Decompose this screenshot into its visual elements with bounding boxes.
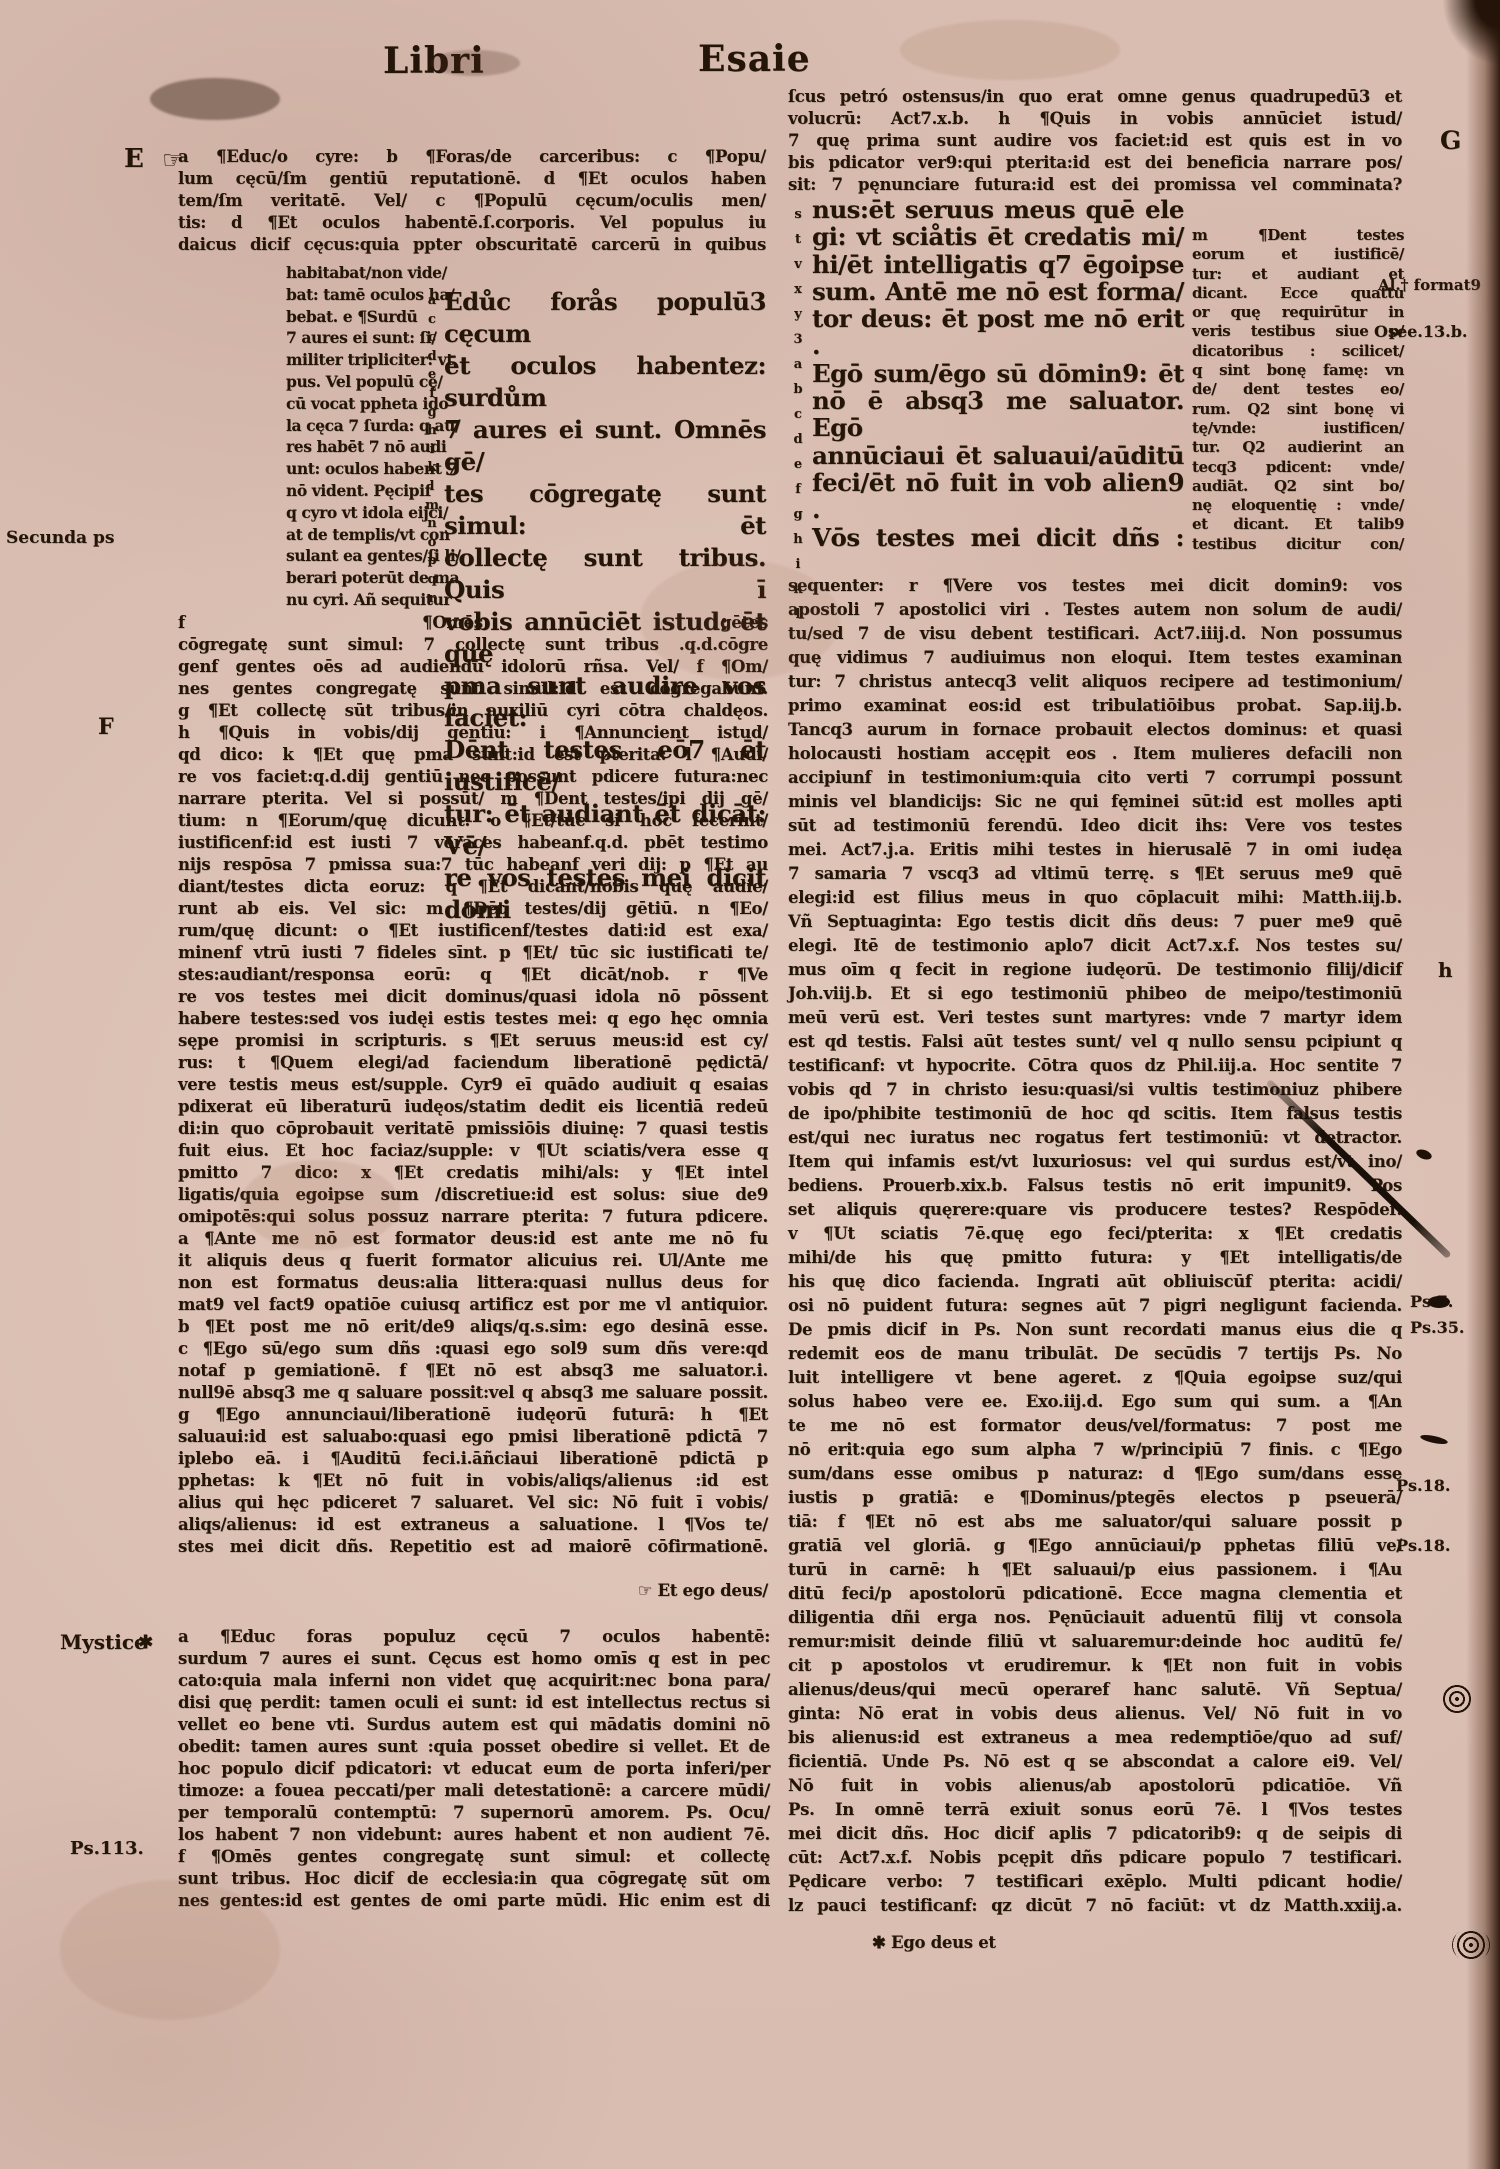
paper-stain [60, 1880, 280, 2020]
text-line: pdixerat eū liberaturū iudęos/statim ded… [178, 1096, 768, 1118]
text-line: veris testibus siue p/ [1192, 322, 1404, 341]
text-line: bis pdicator ver9:qui pterita:id est dei… [788, 152, 1402, 174]
verse-letter: i [424, 441, 440, 460]
text-line: apostoli 7 apostolici viri . Testes aute… [788, 598, 1402, 622]
text-line: sūt ad testimoniū ferendū. Ideo dicit ih… [788, 814, 1402, 838]
text-line: nu cyri. Añ sequitur [286, 589, 428, 611]
paper-stain [640, 560, 840, 680]
catchword: ✱ Ego deus et [872, 1932, 1072, 1954]
text-line: saluaui:id est saluabo:quasi ego pmisi l… [178, 1426, 768, 1448]
text-line: tium: n ¶Eorum/quę dicunt: o ¶Et/tūc si … [178, 810, 768, 832]
verse-letter: x [790, 277, 806, 302]
text-line: 7 samaria 7 vscq3 ad vltimū terrę. s ¶Et… [788, 862, 1402, 886]
verse-letter: g [790, 502, 806, 527]
text-line: stes:audiant/responsa eorū: q ¶Et dicāt/… [178, 964, 768, 986]
text-line: mihi/de his quę pmitto futura: y ¶Et int… [788, 1246, 1402, 1270]
text-line: Ps. In omnē terrā exiuit sonus eorū 7ē. … [788, 1798, 1402, 1822]
verse-line: annūciaui ēt saluaui/aūditū [812, 442, 1184, 469]
text-line: bis alienus:id est extraneus a mea redem… [788, 1726, 1402, 1750]
verse-letter: g [424, 404, 440, 423]
catchword-text: Ego deus et [891, 1933, 996, 1952]
verse-letter: q [424, 571, 440, 590]
text-line: tiā: f ¶Et nō est abs me saluator/qui sa… [788, 1510, 1402, 1534]
text-line: narrare pterita. Vel si possūt/ m ¶Dent … [178, 788, 768, 810]
text-line: turū in carnē: h ¶Et saluaui/p eius pass… [788, 1558, 1402, 1582]
text-line: diligentia dñi erga nos. Pęnūciauit adue… [788, 1606, 1402, 1630]
verse-letter: f [790, 477, 806, 502]
text-line: stes mei dicit dñs. Repetitio est ad mai… [178, 1536, 768, 1558]
text-line: vere testis meus est/supple. Cyr9 eī quā… [178, 1074, 768, 1096]
text-line: ficientiā. Unde Ps. Nō est q se absconda… [788, 1750, 1402, 1774]
text-line: est qd testis. Falsi aūt testes sunt/ ve… [788, 1030, 1402, 1054]
verse-letter: f [424, 385, 440, 404]
margin-note-secunda-pars: Secunda ps [6, 528, 114, 548]
manicule-icon: ☞ [638, 1581, 653, 1600]
right-verse-letter-gutter: stvxy3abcdefghikl [790, 202, 806, 627]
text-line: b ¶Et post me nō erit/de9 aliqs/q.s.sim:… [178, 1316, 768, 1338]
section-letter-right: G [1440, 126, 1461, 155]
text-line: it aliquis deus q fuerit formator alicui… [178, 1250, 768, 1272]
text-line: diant/testes dicta eoruz: q ¶Et dicant/n… [178, 876, 768, 898]
text-line: nō vident. Pęcipif [286, 480, 428, 502]
verse-letter: t [790, 227, 806, 252]
text-line: alienus/deus/qui mecū operaref hanc salu… [788, 1678, 1402, 1702]
margin-ref-ps18-b: Ps.18. [1396, 1536, 1450, 1555]
text-line: Vñ Septuaginta: Ego testis dicit dñs deu… [788, 910, 1402, 934]
text-line: holocausti hostiam accępit eos . Item mu… [788, 742, 1402, 766]
verse-letter: c [424, 311, 440, 330]
text-line: De pmis dicif in Ps. Non sunt recordati … [788, 1318, 1402, 1342]
text-line: elegi. Itē de testimonio aplo7 dicit Act… [788, 934, 1402, 958]
verse-letter: r [424, 590, 440, 609]
text-line: c ¶Ego sū/ego sum dñs :quasi ego sol9 su… [178, 1338, 768, 1360]
verse-letter: h [424, 422, 440, 441]
text-line: est/qui nec iuratus nec rogatus fert tes… [788, 1126, 1402, 1150]
verse-letter: m [424, 497, 440, 516]
text-line: rum. Q2 sint bonę vi [1192, 400, 1404, 419]
section-letter-left: E [124, 144, 144, 174]
ink-smudge [430, 50, 520, 76]
text-line: ſcus petró ostensus/in quo erat omne gen… [788, 86, 1402, 108]
ink-smudge [150, 78, 280, 120]
text-line: testificanf: vt hypocrite. Cōtra quos dz… [788, 1054, 1402, 1078]
text-line: v ¶Ut sciatis 7ē.quę ego feci/pterita: x… [788, 1222, 1402, 1246]
text-line: di:in quo cōprobauit veritatē pmissiōis … [178, 1118, 768, 1140]
verse-letter: d [424, 348, 440, 367]
text-line: tis: d ¶Et oculos habentē.ſ.corporis. Ve… [178, 212, 766, 234]
text-line: meū verū est. Veri testes sunt martyres:… [788, 1006, 1402, 1030]
text-line: osi nō puident futura: segnes aūt 7 pigr… [788, 1294, 1402, 1318]
text-line: tecq3 pdicent: vnde/ [1192, 458, 1404, 477]
text-line: tu/sed 7 de visu debent testificari. Act… [788, 622, 1402, 646]
text-line: obedit: tamen aures sunt :quia posset ob… [178, 1736, 770, 1758]
text-line: dicatoribus : scilicet/ [1192, 342, 1404, 361]
section-letter-h: h [1438, 958, 1453, 982]
text-line: mat9 vel fact9 opatiōe cuiusq artificz e… [178, 1294, 768, 1316]
text-line: tur: 7 christus antecq3 velit aliquos re… [788, 670, 1402, 694]
verse-letter: v [790, 252, 806, 277]
verse-letter: c [424, 329, 440, 348]
text-line: vellet eo bene vti. Surdus autem est qui… [178, 1714, 770, 1736]
left-column-gloss: habitabat/non vide/bat: tamē oculos ha/b… [286, 262, 428, 611]
verse-letter: s [790, 202, 806, 227]
text-line: sequenter: r ¶Vere vos testes mei dicit … [788, 574, 1402, 598]
text-line: mei dicit dñs. Hoc dicif aplis 7 pdicato… [788, 1822, 1402, 1846]
text-line: tur. Q2 audierint an [1192, 438, 1404, 457]
text-line: gratiā vel gloriā. g ¶Ego annūciaui/p pp… [788, 1534, 1402, 1558]
text-line: volucrū: Act7.x.b. h ¶Quis in vobis annū… [788, 108, 1402, 130]
verse-letter: o [424, 534, 440, 553]
text-line: redemit eos de manu tribulāt. De secūdis… [788, 1342, 1402, 1366]
text-line: tem/ſm veritatē. Vel/ c ¶Populū cęcum/oc… [178, 190, 766, 212]
text-line: habitabat/non vide/ [286, 262, 428, 284]
text-line: alius qui hęc pdiceret 7 saluaret. Vel s… [178, 1492, 768, 1514]
text-line: at de templis/vt con [286, 524, 428, 546]
text-line: q sint bonę famę: vn [1192, 361, 1404, 380]
text-line: Nō fuit in vobis alienus/ab apostolorū p… [788, 1774, 1402, 1798]
text-line: solus habeo vere ee. Exo.iij.d. Ego sum … [788, 1390, 1402, 1414]
catchline-text: Et ego deus/ [658, 1581, 768, 1600]
text-line: et dicant. Et talib9 [1192, 515, 1404, 534]
text-line: iplebo eā. i ¶Auditū feci.i.āñciaui libe… [178, 1448, 768, 1470]
text-line: ginta: Nō erat in vobis deus alienus. Ve… [788, 1702, 1402, 1726]
text-line: g ¶Et collectę sūt tribus/in auxiliū cyr… [178, 700, 768, 722]
verse-letter: c [790, 402, 806, 427]
text-line: runt ab eis. Vel sic: m ¶Dēt testes/dij … [178, 898, 768, 920]
text-line: q cyro vt idola eijci/ [286, 502, 428, 524]
text-line: eorum et iustificē/ [1192, 245, 1404, 264]
verse-letter: e [790, 452, 806, 477]
flower-mark-icon: ✱ [872, 1933, 886, 1952]
text-line: iustis p gratiā: e ¶Dominus/ptegēs elect… [788, 1486, 1402, 1510]
text-line: tę/vnde: iustificen/ [1192, 419, 1404, 438]
text-line: berari poterūt de ma [286, 567, 428, 589]
flower-mark-icon: ✱ [138, 1632, 153, 1653]
text-line: elegi:id est filius meus in quo cōplacui… [788, 886, 1402, 910]
text-line: nę eloquentię : vnde/ [1192, 496, 1404, 515]
text-line: remur:misit deinde filiū vt saluaremur:d… [788, 1630, 1402, 1654]
verse-letter: l [424, 478, 440, 497]
text-line: lum cęcū/ſm gentiū reputationē. d ¶Et oc… [178, 168, 766, 190]
text-line: aliqs/alienus: id est extraneus a saluat… [178, 1514, 768, 1536]
right-column-notes: m ¶Dent testeseorum et iustificē/tur: et… [1192, 226, 1404, 554]
right-verse-block: nus:ēt seruus meus quē elegi: vt sciåtis… [812, 196, 1184, 551]
text-line: timoze: a fouea peccati/per mali detesta… [178, 1780, 770, 1802]
text-line: a ¶Educ foras populuz cęcū 7 oculos habe… [178, 1626, 770, 1648]
right-column-commentary: sequenter: r ¶Vere vos testes mei dicit … [788, 574, 1402, 1918]
text-line: luit intelligere vt bene ageret. z ¶Quia… [788, 1366, 1402, 1390]
verse-letter: a [424, 292, 440, 311]
text-line: rum/quę dicunt: o ¶Et iustificenf/testes… [178, 920, 768, 942]
text-line: de/ dent testes eo/ [1192, 380, 1404, 399]
verse-line: ēt oculos habentez: surdům [444, 350, 766, 414]
text-line: or quę requirūtur in [1192, 303, 1404, 322]
ink-blot [1415, 1148, 1433, 1162]
ink-spiral [1452, 1928, 1490, 1962]
verse-letter: p [424, 552, 440, 571]
text-line: hoc populo dicif pdicatori: vt educat eu… [178, 1758, 770, 1780]
text-line: bebat. e ¶Surdū [286, 306, 428, 328]
left-column-catchline: ☞ Et ego deus/ [178, 1580, 768, 1602]
verse-line: Edůc forås populū3 cęcum [444, 286, 766, 350]
verse-line: Vōs testes mei dicit dñs : [812, 524, 1184, 551]
text-line: sępe promisi in scripturis. s ¶Et seruus… [178, 1030, 768, 1052]
verse-line: nus:ēt seruus meus quē ele [812, 196, 1184, 223]
verse-line: hi/ēt intelligatis q7 ēgoipse [812, 251, 1184, 278]
verse-letter: b [790, 377, 806, 402]
text-line: bediens. Prouerb.xix.b. Falsus testis nō… [788, 1174, 1402, 1198]
text-line: sum/dans esse omibus p naturaz: d ¶Ego s… [788, 1462, 1402, 1486]
text-line: re vos faciet:q.d.dij gentiū nec possunt… [178, 766, 768, 788]
left-verse-letter-gutter: accdefghiklmnopqr [424, 292, 440, 608]
text-line: vobis qd 7 in christo iesu:quasi/si vult… [788, 1078, 1402, 1102]
text-line: sulant ea gentes/ſi li/ [286, 545, 428, 567]
text-line: per temporalū contemptū: 7 supernorū amo… [178, 1802, 770, 1824]
text-line: Item qui infamis est/vt luxuriosus: vel … [788, 1150, 1402, 1174]
ink-spiral [1440, 1684, 1474, 1714]
text-line: notaf p gemiationē. f ¶Et nō est absq3 m… [178, 1360, 768, 1382]
text-line: minis vel blandicijs: Sic ne qui fęminei… [788, 790, 1402, 814]
text-line: cū vocat ppheta ido [286, 393, 428, 415]
text-line: set aliquis quęrere:quare vis producere … [788, 1198, 1402, 1222]
text-line: los habent 7 non videbunt: aures habent … [178, 1824, 770, 1846]
text-line: pphetas: k ¶Et nō fuit in vobis/aliqs/al… [178, 1470, 768, 1492]
left-column-intro: a ¶Educ/o cyre: b ¶Foras/de carceribus: … [178, 146, 766, 256]
verse-line: gi: vt sciåtis ēt credatis mi/ [812, 223, 1184, 250]
right-column-intro: ſcus petró ostensus/in quo erat omne gen… [788, 86, 1402, 196]
text-line: minenf vtrū iusti 7 fideles sīnt. p ¶Et/… [178, 942, 768, 964]
margin-ref-ps18-a: Ps.18. [1396, 1476, 1450, 1495]
text-line: ditū feci/p apostolorū pdicationē. Ecce … [788, 1582, 1402, 1606]
margin-ref-ps113: Ps.113. [70, 1838, 144, 1859]
text-line: accipiunf in testimonium:quia cito verti… [788, 766, 1402, 790]
verse-line: nō ē absq3 me saluator. Egō [812, 387, 1184, 442]
text-line: primo examinat eos:id est tribulatiōibus… [788, 694, 1402, 718]
text-line: habere testes:sed vos iudęi estis testes… [178, 1008, 768, 1030]
book-page-scan: { "page": { "header_left": "Libri", "hea… [0, 0, 1500, 2169]
text-line: nijs respōsa 7 pmissa sua:7 tūc habeanf … [178, 854, 768, 876]
text-line: mei. Act7.j.a. Eritis mihi testes in hie… [788, 838, 1402, 862]
verse-letter: n [424, 515, 440, 534]
page-edge-shadow [1466, 0, 1500, 2169]
text-line: Tancq3 aurum in fornace probauit electos… [788, 718, 1402, 742]
text-line: Pędicare verbo: 7 testificari exēplo. Mu… [788, 1870, 1402, 1894]
text-line: non est formatus deus:alia littera:quasi… [178, 1272, 768, 1294]
text-line: g ¶Ego annunciaui/liberationē iudęorū fu… [178, 1404, 768, 1426]
left-column-mystice-section: a ¶Educ foras populuz cęcū 7 oculos habe… [178, 1626, 770, 1912]
text-line: rus: t ¶Quem elegi/ad faciendum liberati… [178, 1052, 768, 1074]
text-line: dicant. Ecce quattu [1192, 284, 1404, 303]
text-line: re vos testes mei dicit dominus/quasi id… [178, 986, 768, 1008]
verse-line: sum. Antē me nō est forma/ [812, 278, 1184, 305]
text-line: m ¶Dent testes [1192, 226, 1404, 245]
text-line: Joh.viij.b. Et si ego testimoniū phibeo … [788, 982, 1402, 1006]
section-letter-f: F [98, 714, 114, 740]
ink-blot [1420, 1433, 1449, 1446]
text-line: bat: tamē oculos ha/ [286, 284, 428, 306]
verse-letter: e [424, 366, 440, 385]
verse-line: feci/ēt nō fuit in vob alien9 . [812, 469, 1184, 524]
verse-letter: 3 [790, 327, 806, 352]
text-line: fuit eius. Et hoc faciaz/supple: v ¶Ut s… [178, 1140, 768, 1162]
text-line: tur: et audiant et [1192, 265, 1404, 284]
text-line: iustificenf:id est iusti 7 veraces habea… [178, 832, 768, 854]
verse-letter: h [790, 527, 806, 552]
text-line: lz pauci testificanf: qz dicūt 7 nō faci… [788, 1894, 1402, 1918]
text-line: militer tripliciter: vt [286, 349, 428, 371]
text-line: cato:quia mala inferni non videt quę acq… [178, 1670, 770, 1692]
text-line: audiāt. Q2 sint bo/ [1192, 477, 1404, 496]
text-line: 7 aures ei sunt: ſi/ [286, 327, 428, 349]
text-line: quę vidimus 7 audiuimus non eloqui. Item… [788, 646, 1402, 670]
text-line: mus oīm q fecit in regione iudęorū. De t… [788, 958, 1402, 982]
text-line: la cęca 7 ſurda: q au/ [286, 415, 428, 437]
paper-stain [240, 1160, 400, 1250]
text-line: null9ē absq3 me q saluare possit:vel q a… [178, 1382, 768, 1404]
dark-corner [1430, 0, 1500, 80]
verse-letter: k [424, 459, 440, 478]
margin-note-mystice: Mystice [60, 1630, 147, 1654]
text-line: a ¶Educ/o cyre: b ¶Foras/de carceribus: … [178, 146, 766, 168]
text-line: f ¶Omēs gentes congregatę sunt simul: et… [178, 1846, 770, 1868]
text-line: h ¶Quis in vobis/dij gentiū: i ¶Annuncie… [178, 722, 768, 744]
text-line: his quę dico facienda. Ingrati aūt obliu… [788, 1270, 1402, 1294]
text-line: disi quę perdit: tamen oculi ei sunt: id… [178, 1692, 770, 1714]
verse-line: 7 aures ei sunt. Omnēs gē/ [444, 414, 766, 478]
ink-blot [1428, 1296, 1450, 1308]
verse-letter: a [790, 352, 806, 377]
text-line: 7 quę prima sunt audire vos faciet:id es… [788, 130, 1402, 152]
verse-line: Egō sum/ēgo sū dōmin9: ēt [812, 360, 1184, 387]
text-line: testibus dicitur con/ [1192, 535, 1404, 554]
text-line: te me nō est formator deus/vel/formatus:… [788, 1414, 1402, 1438]
text-line: surdum 7 aures ei sunt. Cęcus est homo o… [178, 1648, 770, 1670]
text-line: sunt tribus. Hoc dicif de ecclesia:in qu… [178, 1868, 770, 1890]
text-line: nes gentes congregatę sunt simul:id est … [178, 678, 768, 700]
text-line: cūt: Act7.x.f. Nobis pcępit dñs pdicare … [788, 1846, 1402, 1870]
text-line: nes gentes:id est gentes de omi parte mū… [178, 1890, 770, 1912]
text-line: daicus dicif cęcus:quia ppter obscuritat… [178, 234, 766, 256]
verse-line: tor deus: ēt post me nō erit . [812, 305, 1184, 360]
verse-letter: y [790, 302, 806, 327]
verse-line: tes cōgregatę sunt simul: ēt [444, 478, 766, 542]
text-line: cit p apostolos vt erudiremur. k ¶Et non… [788, 1654, 1402, 1678]
text-line: pus. Vel populū cę/ [286, 371, 428, 393]
paper-stain [900, 20, 1120, 80]
margin-ref-ps35: Ps.35. [1410, 1318, 1464, 1337]
text-line: nō erit:quia ego sum alpha 7 w/principiū… [788, 1438, 1402, 1462]
text-line: unt: oculos habent 7 [286, 458, 428, 480]
left-column-commentary: f ¶Omēs gētescōgregatę sunt simul: 7 col… [178, 612, 768, 1558]
text-line: res habēt 7 nō audi [286, 436, 428, 458]
text-line: sit: 7 pęnunciare futura:id est dei prom… [788, 174, 1402, 196]
text-line: qd dico: k ¶Et quę pma sunt:id est pteri… [178, 744, 768, 766]
running-title-right: Esaie [698, 38, 811, 80]
verse-letter: d [790, 427, 806, 452]
